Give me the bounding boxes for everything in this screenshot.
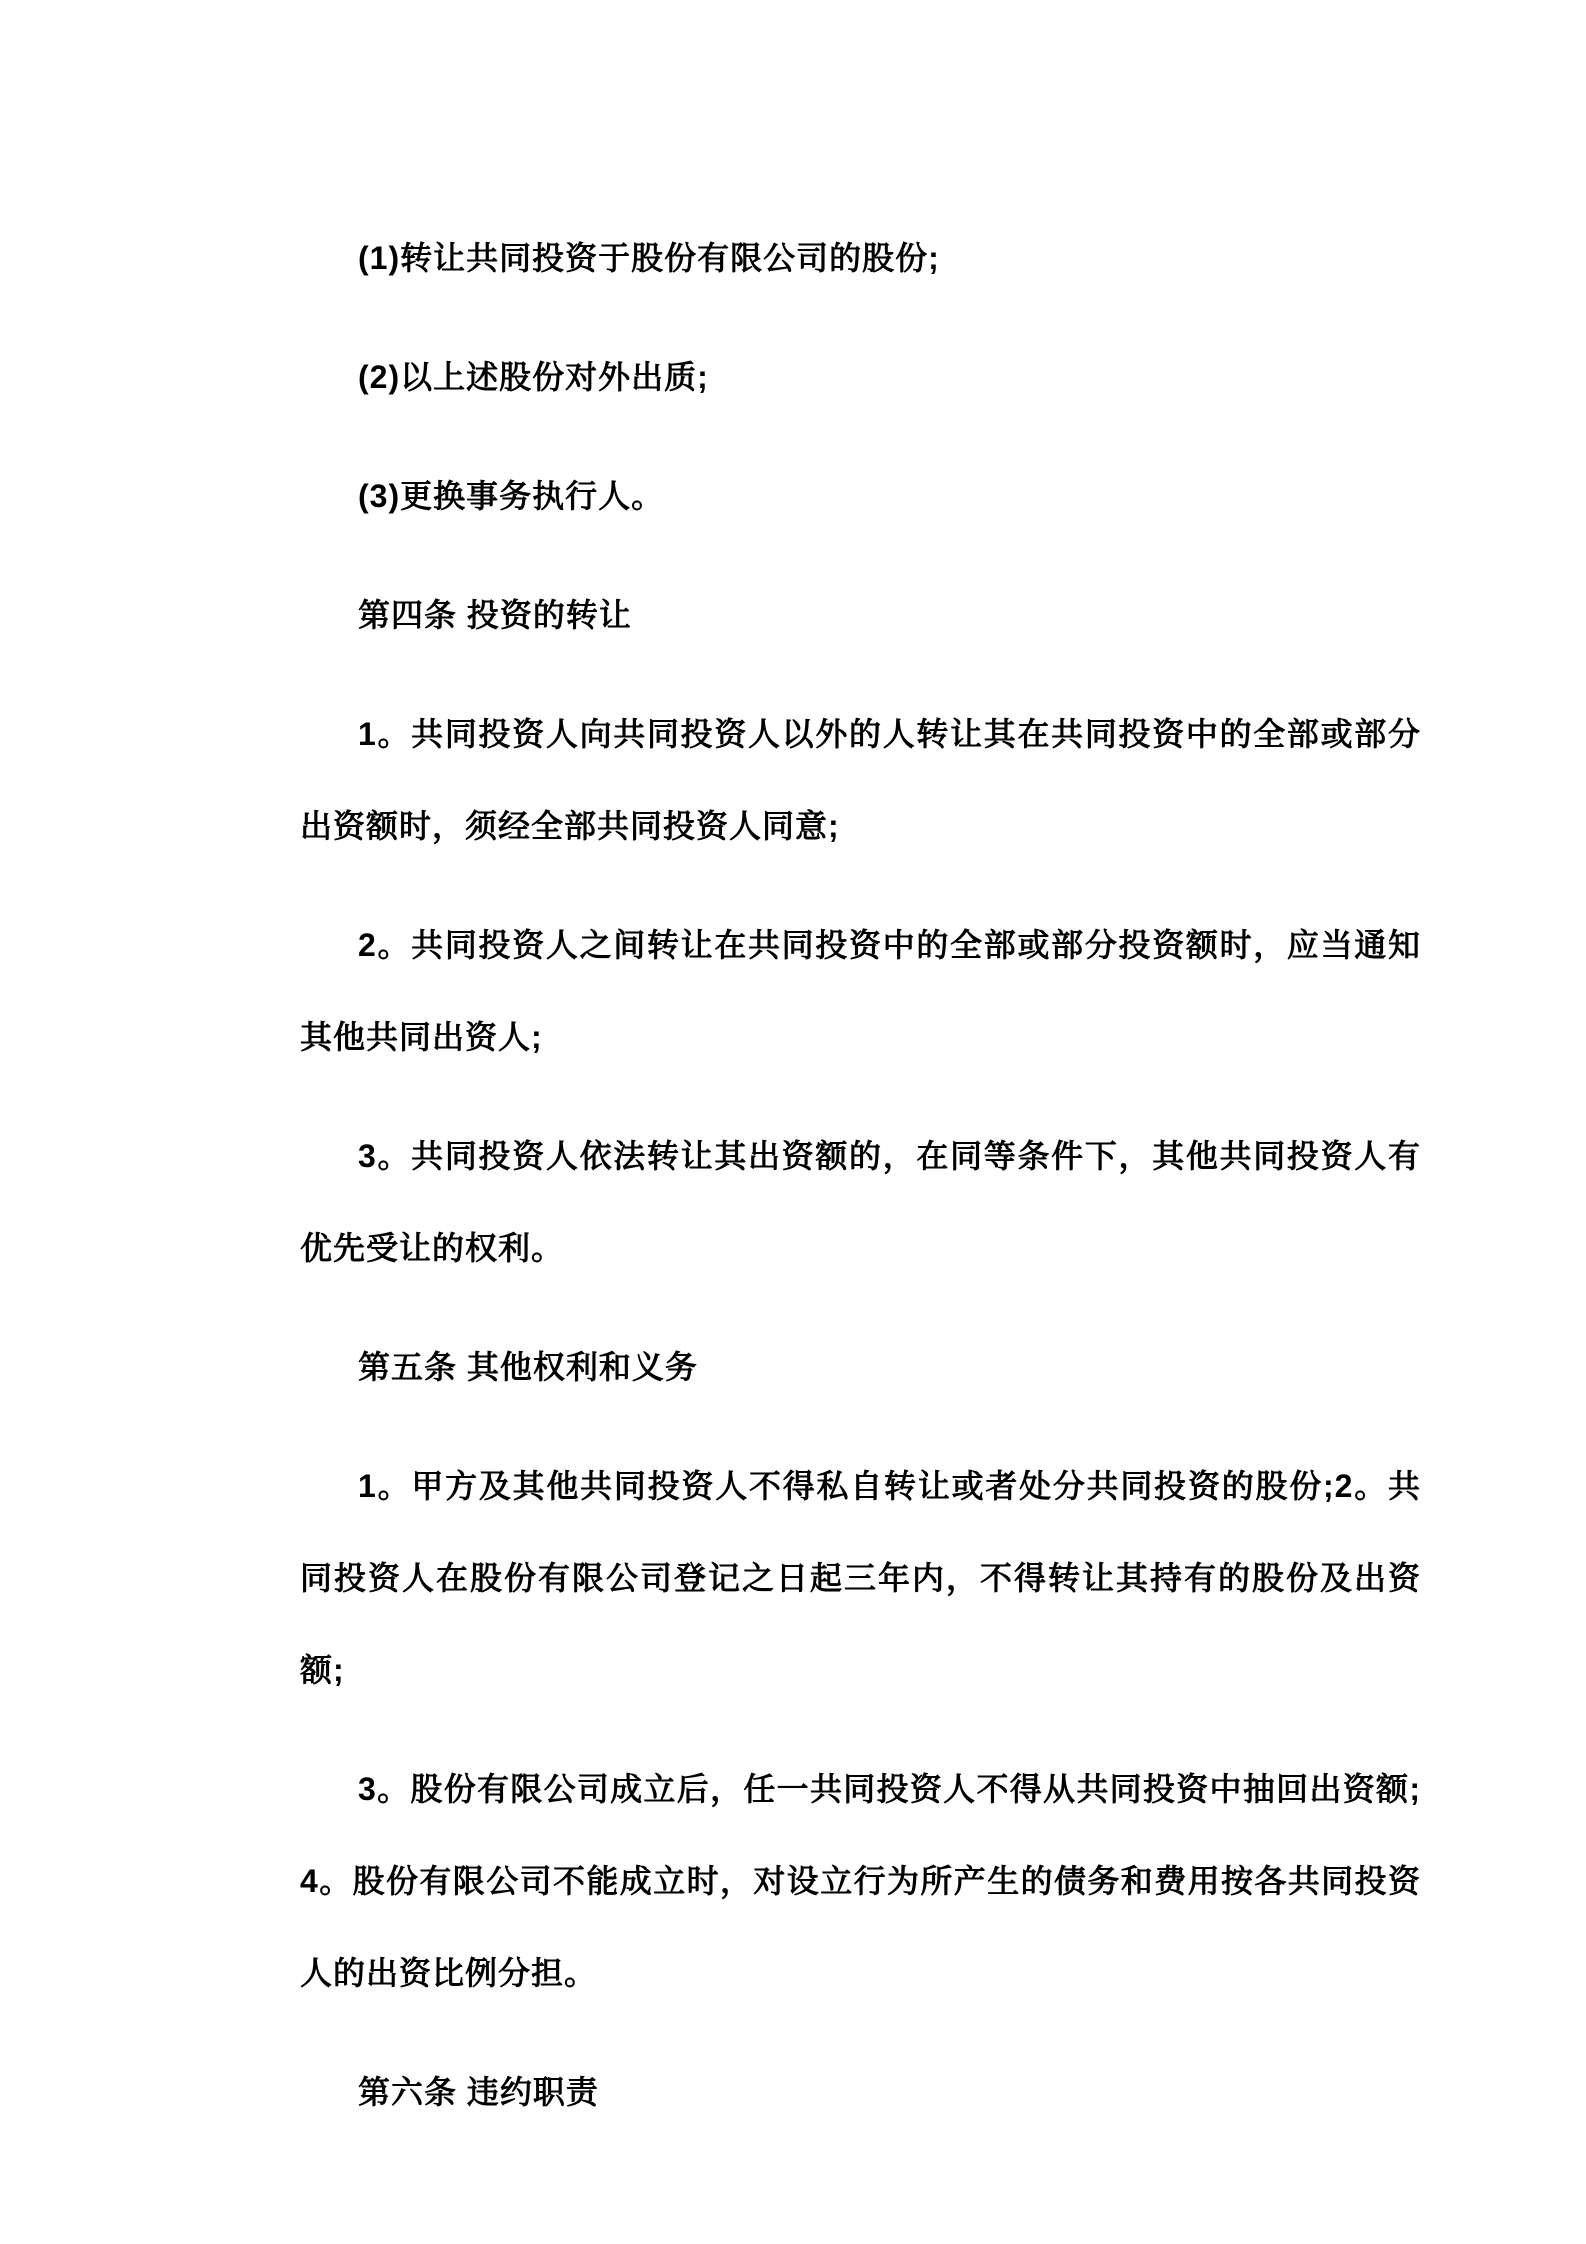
article-heading-4: 第四条 投资的转让 bbox=[300, 569, 1421, 661]
article-5-paragraph-2: 3。股份有限公司成立后，任一共同投资人不得从共同投资中抽回出资额;4。股份有限公… bbox=[300, 1743, 1421, 2019]
clause-subitem-2: (2)以上述股份对外出质; bbox=[300, 331, 1421, 423]
article-4-paragraph-3: 3。共同投资人依法转让其出资额的，在同等条件下，其他共同投资人有优先受让的权利。 bbox=[300, 1110, 1421, 1294]
article-heading-6: 第六条 违约职责 bbox=[300, 2046, 1421, 2138]
document-page: (1)转让共同投资于股份有限公司的股份; (2)以上述股份对外出质; (3)更换… bbox=[0, 0, 1586, 2244]
article-heading-5: 第五条 其他权利和义务 bbox=[300, 1321, 1421, 1413]
article-4-paragraph-1: 1。共同投资人向共同投资人以外的人转让其在共同投资中的全部或部分出资额时，须经全… bbox=[300, 688, 1421, 872]
clause-subitem-3: (3)更换事务执行人。 bbox=[300, 450, 1421, 542]
article-4-paragraph-2: 2。共同投资人之间转让在共同投资中的全部或部分投资额时，应当通知其他共同出资人; bbox=[300, 899, 1421, 1083]
clause-subitem-1: (1)转让共同投资于股份有限公司的股份; bbox=[300, 212, 1421, 304]
article-5-paragraph-1: 1。甲方及其他共同投资人不得私自转让或者处分共同投资的股份;2。共同投资人在股份… bbox=[300, 1440, 1421, 1716]
